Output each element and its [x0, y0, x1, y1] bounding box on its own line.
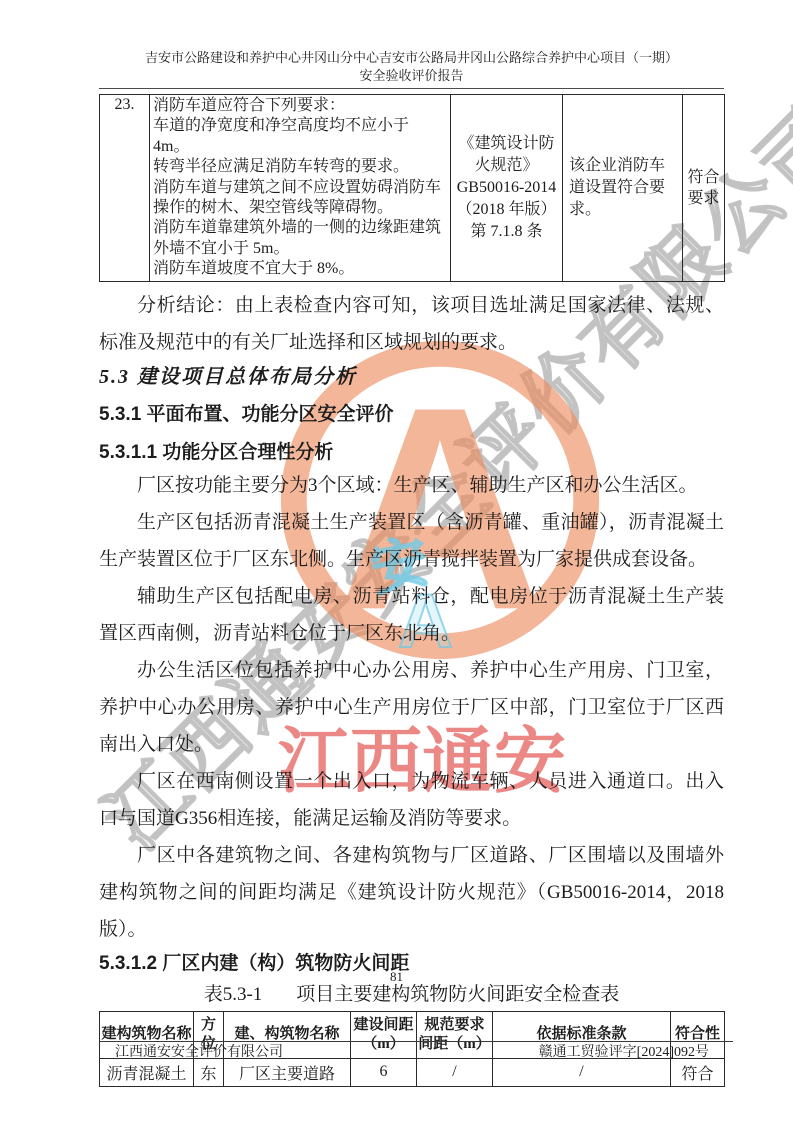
- page-footer: 江西通安安全评价有限公司 赣通工贸验评字[2024]092号: [99, 1041, 733, 1062]
- section-heading-5-3-1: 5.3.1 平面布置、功能分区安全评价: [99, 401, 724, 429]
- section-heading-5-3-1-2: 5.3.1.2 厂区内建（构）筑物防火间距: [99, 950, 724, 978]
- body-paragraph: 办公生活区位包括养护中心办公用房、养护中心生产用房、门卫室，养护中心办公用房、养…: [99, 652, 724, 763]
- check-row-number: 23.: [100, 95, 150, 282]
- table-row: 沥青混凝土 东 厂区主要道路 6 / / 符合: [100, 1058, 725, 1086]
- section-heading-5-3: 5.3 建设项目总体布局分析: [99, 363, 724, 391]
- page-header: 吉安市公路建设和养护中心井冈山分中心吉安市公路局井冈山公路综合养护中心项目（一期…: [99, 49, 724, 89]
- page-content: 吉安市公路建设和养护中心井冈山分中心吉安市公路局井冈山公路综合养护中心项目（一期…: [99, 49, 724, 1087]
- table-cell: /: [493, 1058, 671, 1086]
- header-project-title: 吉安市公路建设和养护中心井冈山分中心吉安市公路局井冈山公路综合养护中心项目（一期…: [99, 49, 724, 67]
- table-row: 23. 消防车道应符合下列要求： 车道的净宽度和净空高度均不应小于 4m。 转弯…: [100, 95, 725, 282]
- table-caption-label: 表5.3-1: [204, 984, 263, 1005]
- footer-doc-number: 赣通工贸验评字[2024]092号: [539, 1043, 709, 1062]
- document-page: 江西通安安全评价有限公司 A 安 A 江西通安 吉安市公路建设和养护中心井冈山分…: [0, 0, 793, 1122]
- body-paragraph: 厂区在西南侧设置一个出入口，为物流车辆、人员进入通道口。出入口与国道G356相连…: [99, 763, 724, 837]
- check-conclusion-cell: 符合 要求: [683, 95, 725, 282]
- body-paragraph: 辅助生产区包括配电房、沥青站料仓，配电房位于沥青混凝土生产装置区西南侧，沥青站料…: [99, 578, 724, 652]
- table-cell: 6: [351, 1058, 417, 1086]
- section-heading-5-3-1-1: 5.3.1.1 功能分区合理性分析: [99, 439, 724, 467]
- table-cell: /: [417, 1058, 493, 1086]
- table-cell: 符合: [671, 1058, 725, 1086]
- table-cell: 东: [194, 1058, 224, 1086]
- table-caption: 表5.3-1项目主要建构筑物防火间距安全检查表: [99, 982, 724, 1008]
- check-basis-cell: 《建筑设计防火规范》 GB50016-2014（2018 年版）第 7.1.8 …: [451, 95, 563, 282]
- header-report-title: 安全验收评价报告: [99, 67, 724, 85]
- check-requirement-cell: 消防车道应符合下列要求： 车道的净宽度和净空高度均不应小于 4m。 转弯半径应满…: [150, 95, 451, 282]
- body-paragraph: 厂区中各建筑物之间、各建构筑物与厂区道路、厂区围墙以及围墙外建构筑物之间的间距均…: [99, 837, 724, 948]
- table-cell: 沥青混凝土: [100, 1058, 194, 1086]
- safety-check-table: 23. 消防车道应符合下列要求： 车道的净宽度和净空高度均不应小于 4m。 转弯…: [99, 94, 725, 282]
- footer-company-name: 江西通安安全评价有限公司: [115, 1043, 283, 1062]
- table-cell: 厂区主要道路: [224, 1058, 351, 1086]
- body-paragraph: 厂区按功能主要分为3个区域：生产区、辅助生产区和办公生活区。: [99, 467, 724, 504]
- analysis-conclusion-paragraph: 分析结论：由上表检查内容可知，该项目选址满足国家法律、法规、标准及规范中的有关厂…: [99, 287, 724, 361]
- table-caption-title: 项目主要建构筑物防火间距安全检查表: [296, 984, 619, 1005]
- body-paragraph: 生产区包括沥青混凝土生产装置区（含沥青罐、重油罐），沥青混凝土生产装置区位于厂区…: [99, 504, 724, 578]
- check-finding-cell: 该企业消防车道设置符合要求。: [563, 95, 683, 282]
